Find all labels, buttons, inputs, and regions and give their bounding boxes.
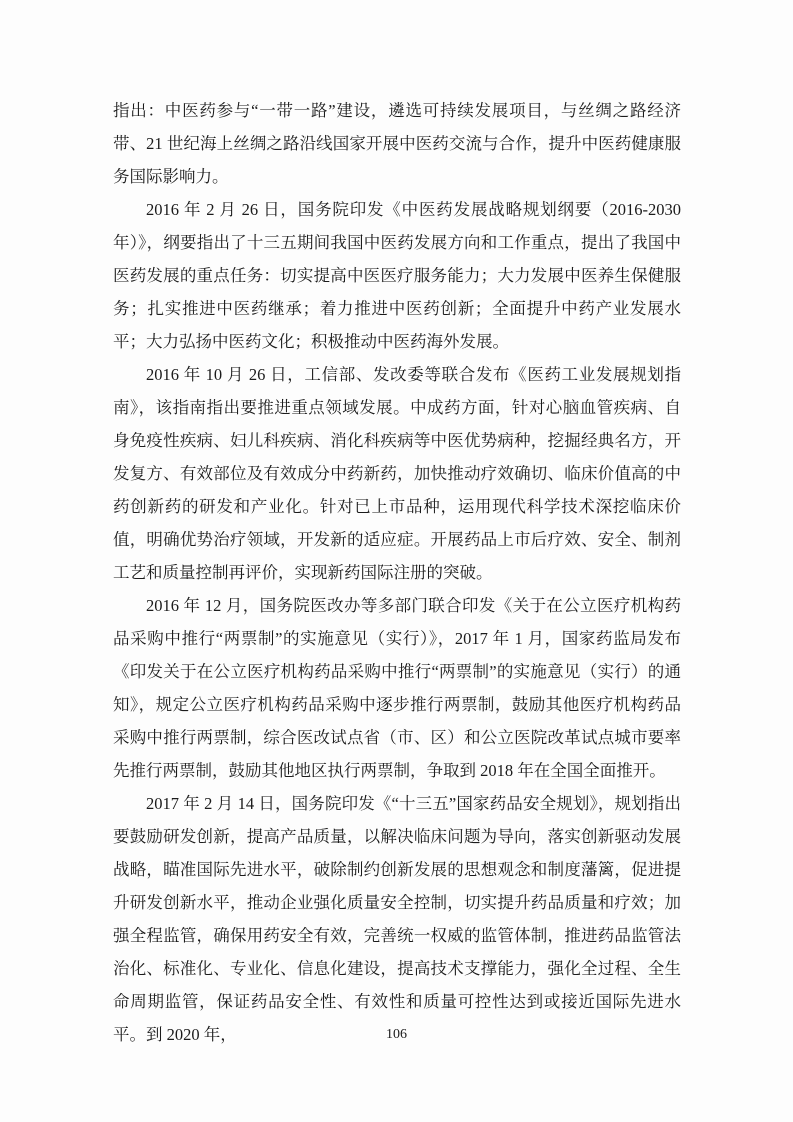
page-number: 106 — [386, 1027, 407, 1042]
paragraph: 2016 年 10 月 26 日，工信部、发改委等联合发布《医药工业发展规划指南… — [113, 358, 681, 589]
paragraph: 指出：中医药参与“一带一路”建设，遴选可持续发展项目，与丝绸之路经济带、21 世… — [113, 94, 681, 193]
page-footer: 106 — [0, 1026, 793, 1044]
document-text-block: 指出：中医药参与“一带一路”建设，遴选可持续发展项目，与丝绸之路经济带、21 世… — [113, 94, 681, 1051]
paragraph: 2017 年 2 月 14 日，国务院印发《“十三五”国家药品安全规划》，规划指… — [113, 787, 681, 1051]
document-page: 指出：中医药参与“一带一路”建设，遴选可持续发展项目，与丝绸之路经济带、21 世… — [0, 0, 793, 1122]
paragraph: 2016 年 12 月，国务院医改办等多部门联合印发《关于在公立医疗机构药品采购… — [113, 589, 681, 787]
paragraph: 2016 年 2 月 26 日，国务院印发《中医药发展战略规划纲要（2016-2… — [113, 193, 681, 358]
